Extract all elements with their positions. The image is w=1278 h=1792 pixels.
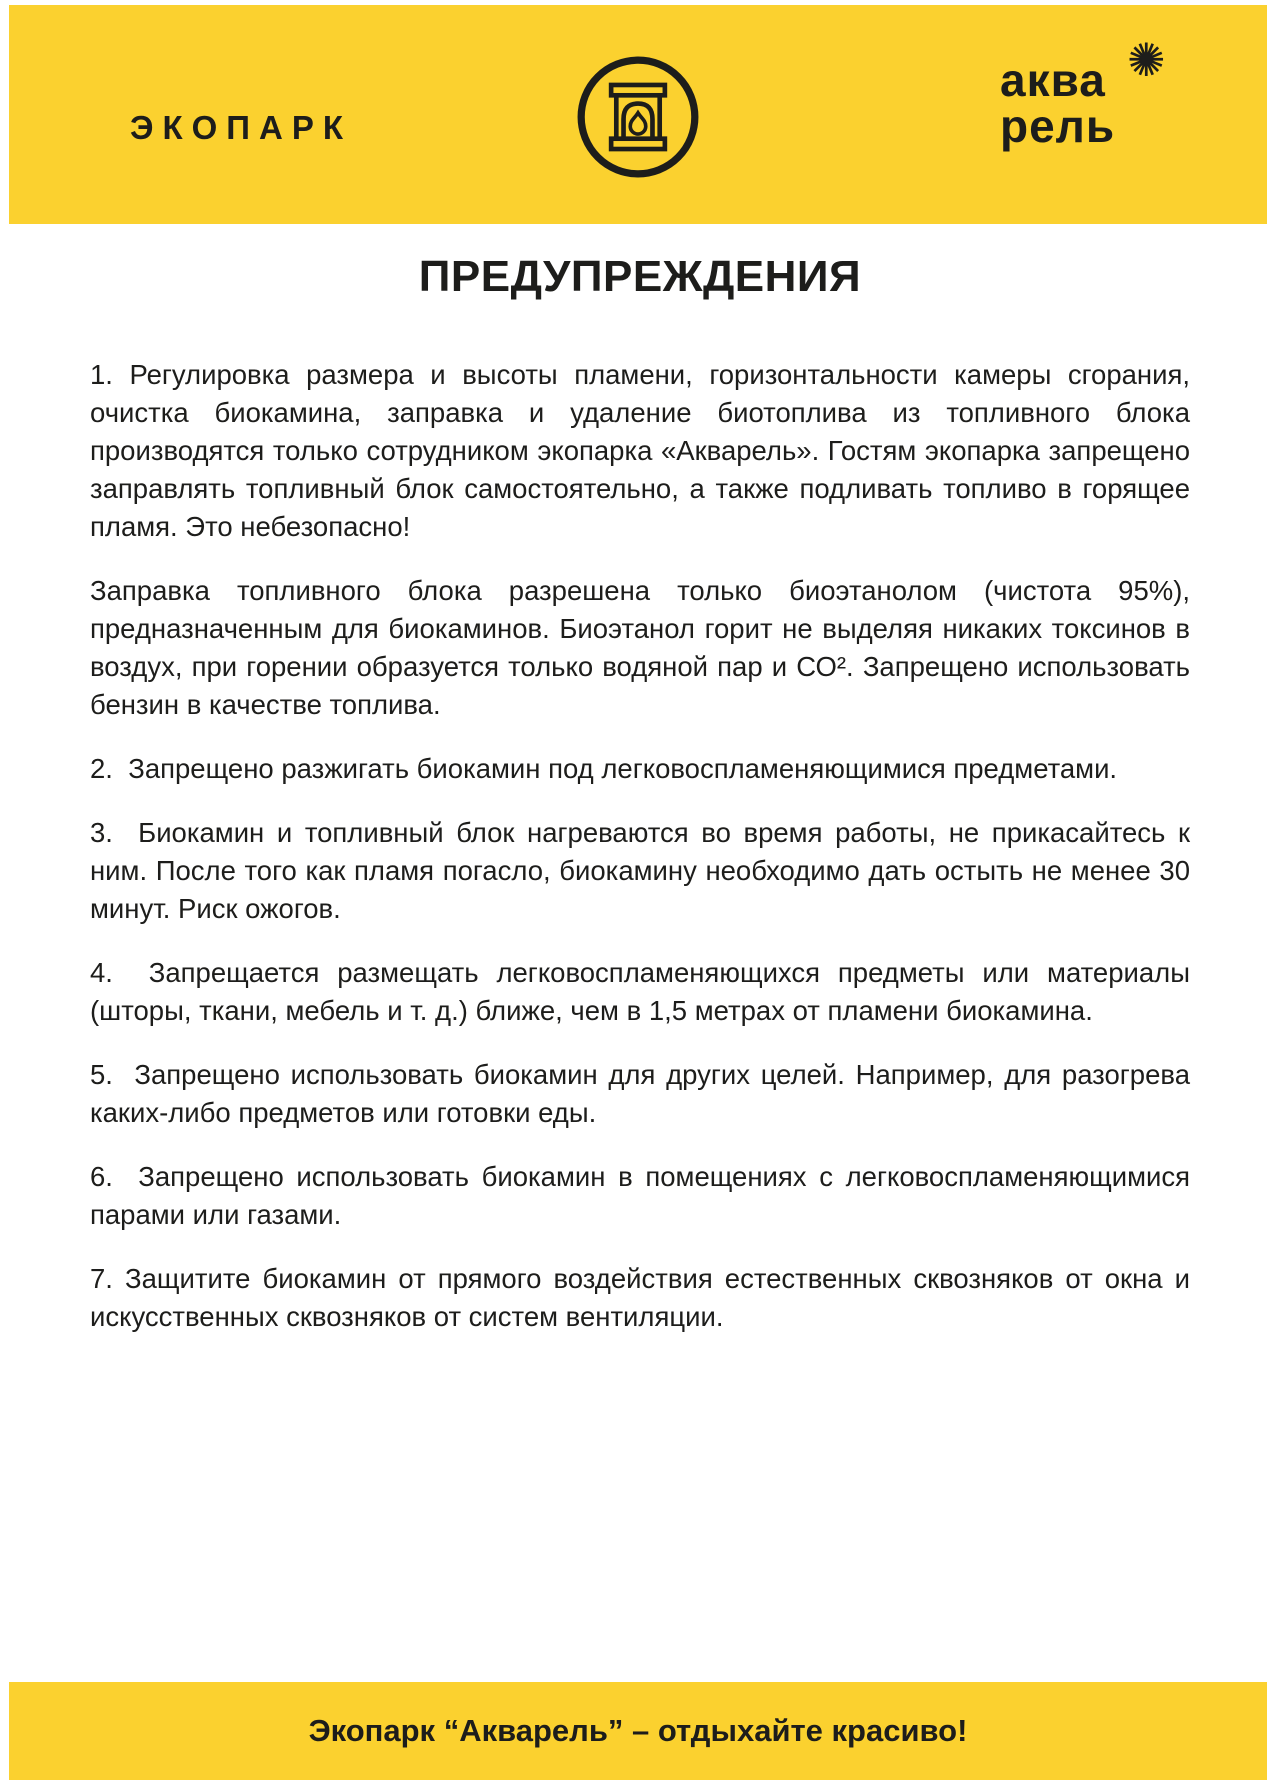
warning-paragraph-7: 7. Защитите биокамин от прямого воздейст…	[90, 1260, 1190, 1336]
warning-paragraph-6: 6. Запрещено использовать биокамин в пом…	[90, 1158, 1190, 1234]
document-page: ЭКОПАРК ✺ аква рель ПРЕДУПРЕЖДЕНИЯ 1. Ре…	[0, 0, 1278, 1792]
warning-paragraph-2: 2. Запрещено разжигать биокамин под легк…	[90, 750, 1190, 788]
page-title: ПРЕДУПРЕЖДЕНИЯ	[90, 252, 1190, 302]
aquarel-logo-line1: аква	[1000, 57, 1115, 103]
warning-paragraph-fuel: Заправка топливного блока разрешена толь…	[90, 572, 1190, 724]
footer-band: Экопарк “Акварель” – отдыхайте красиво!	[9, 1682, 1267, 1780]
warning-paragraph-3: 3. Биокамин и топливный блок нагреваются…	[90, 814, 1190, 928]
warning-paragraph-5: 5. Запрещено использовать биокамин для д…	[90, 1056, 1190, 1132]
warning-paragraph-1: 1. Регулировка размера и высоты пламени,…	[90, 356, 1190, 546]
aquarel-logo: ✺ аква рель	[1000, 57, 1115, 149]
warnings-section: ПРЕДУПРЕЖДЕНИЯ 1. Регулировка размера и …	[90, 252, 1190, 1362]
aquarel-logo-line2: рель	[1000, 103, 1115, 149]
header-band: ЭКОПАРК ✺ аква рель	[9, 5, 1267, 224]
fireplace-icon	[576, 55, 700, 179]
sun-star-icon: ✺	[1127, 37, 1166, 83]
ecopark-logo: ЭКОПАРК	[130, 109, 352, 147]
warning-paragraph-4: 4. Запрещается размещать легковоспламеня…	[90, 954, 1190, 1030]
footer-slogan: Экопарк “Акварель” – отдыхайте красиво!	[309, 1713, 968, 1749]
